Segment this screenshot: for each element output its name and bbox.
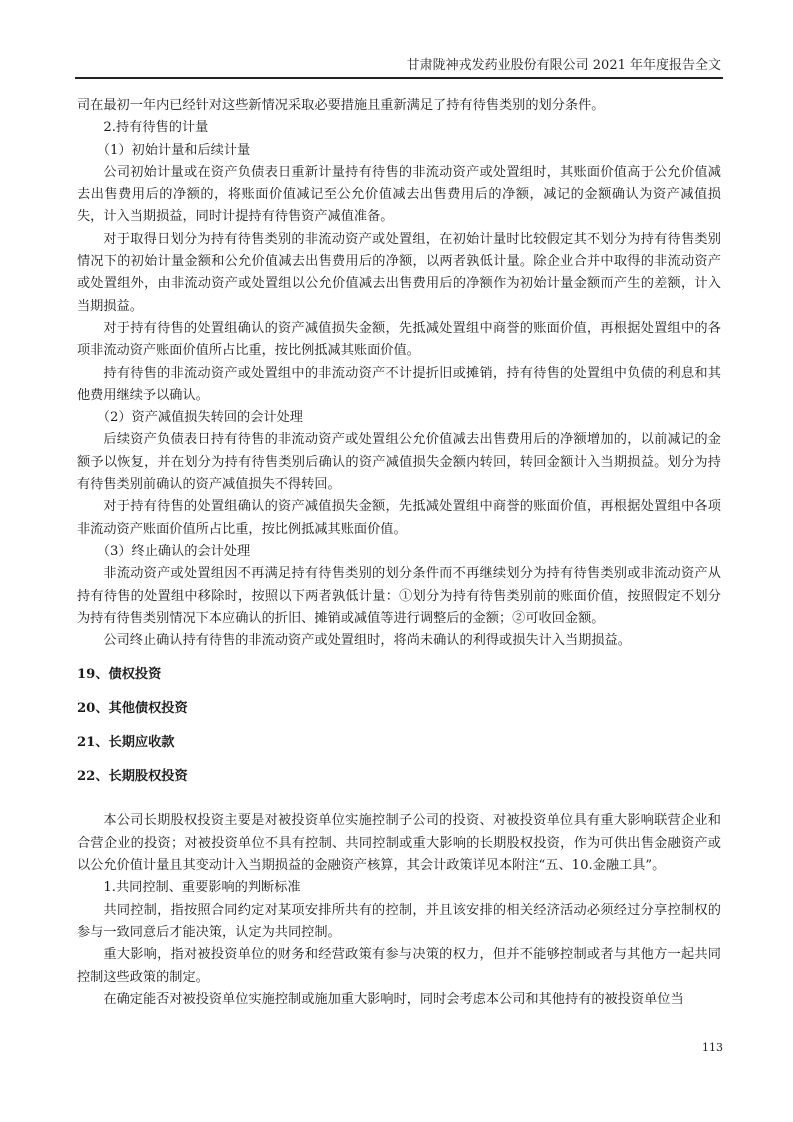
section-heading-debt-investment: 19、债权投资 xyxy=(77,664,721,686)
spacer xyxy=(77,754,721,766)
body-paragraph: 非流动资产或处置组因不再满足持有待售类别的划分条件而不再继续划分为持有待售类别或… xyxy=(77,563,721,630)
body-paragraph: 后续资产负债表日持有待售的非流动资产或处置组公允价值减去出售费用后的净额增加的，… xyxy=(77,429,721,496)
document-body: 司在最初一年内已经针对这些新情况采取必要措施且重新满足了持有待售类别的划分条件。… xyxy=(77,95,721,1011)
body-paragraph: 对于持有待售的处置组确认的资产减值损失金额，先抵减处置组中商誉的账面价值，再根据… xyxy=(77,318,721,363)
section-heading-long-term-equity-investment: 22、长期股权投资 xyxy=(77,766,721,788)
body-paragraph: 对于取得日划分为持有待售类别的非流动资产或处置组，在初始计量时比较假定其不划分为… xyxy=(77,229,721,318)
header-divider xyxy=(75,77,723,79)
continuation-paragraph: 司在最初一年内已经针对这些新情况采取必要措施且重新满足了持有待售类别的划分条件。 xyxy=(77,95,721,117)
body-paragraph: 共同控制，指按照合同约定对某项安排所共有的控制，并且该安排的相关经济活动必须经过… xyxy=(77,900,721,945)
body-paragraph: 在确定能否对被投资单位实施控制或施加重大影响时，同时会考虑本公司和其他持有的被投… xyxy=(77,989,721,1011)
spacer xyxy=(77,720,721,732)
spacer xyxy=(77,652,721,664)
section-heading-other-debt-investment: 20、其他债权投资 xyxy=(77,698,721,720)
body-paragraph: 公司初始计量或在资产负债表日重新计量持有待售的非流动资产或处置组时，其账面价值高… xyxy=(77,162,721,229)
body-paragraph: 对于持有待售的处置组确认的资产减值损失金额，先抵减处置组中商誉的账面价值，再根据… xyxy=(77,496,721,541)
page-number: 113 xyxy=(702,1041,723,1054)
derecognition-subheading: （3）终止确认的会计处理 xyxy=(77,541,721,563)
body-paragraph: 本公司长期股权投资主要是对被投资单位实施控制子公司的投资、对被投资单位具有重大影… xyxy=(77,810,721,877)
measurement-subheading: 2.持有待售的计量 xyxy=(77,117,721,139)
body-paragraph: 持有待售的非流动资产或处置组中的非流动资产不计提折旧或摊销，持有待售的处置组中负… xyxy=(77,363,721,408)
spacer xyxy=(77,788,721,810)
report-title: 甘肃陇神戎发药业股份有限公司 2021 年年度报告全文 xyxy=(407,57,721,75)
impairment-reversal-subheading: （2）资产减值损失转回的会计处理 xyxy=(77,407,721,429)
joint-control-subheading: 1.共同控制、重要影响的判断标准 xyxy=(77,877,721,899)
spacer xyxy=(77,686,721,698)
body-paragraph: 重大影响，指对被投资单位的财务和经营政策有参与决策的权力，但并不能够控制或者与其… xyxy=(77,944,721,989)
body-paragraph: 公司终止确认持有待售的非流动资产或处置组时，将尚未确认的利得或损失计入当期损益。 xyxy=(77,630,721,652)
initial-measurement-subheading: （1）初始计量和后续计量 xyxy=(77,140,721,162)
section-heading-long-term-receivables: 21、长期应收款 xyxy=(77,732,721,754)
